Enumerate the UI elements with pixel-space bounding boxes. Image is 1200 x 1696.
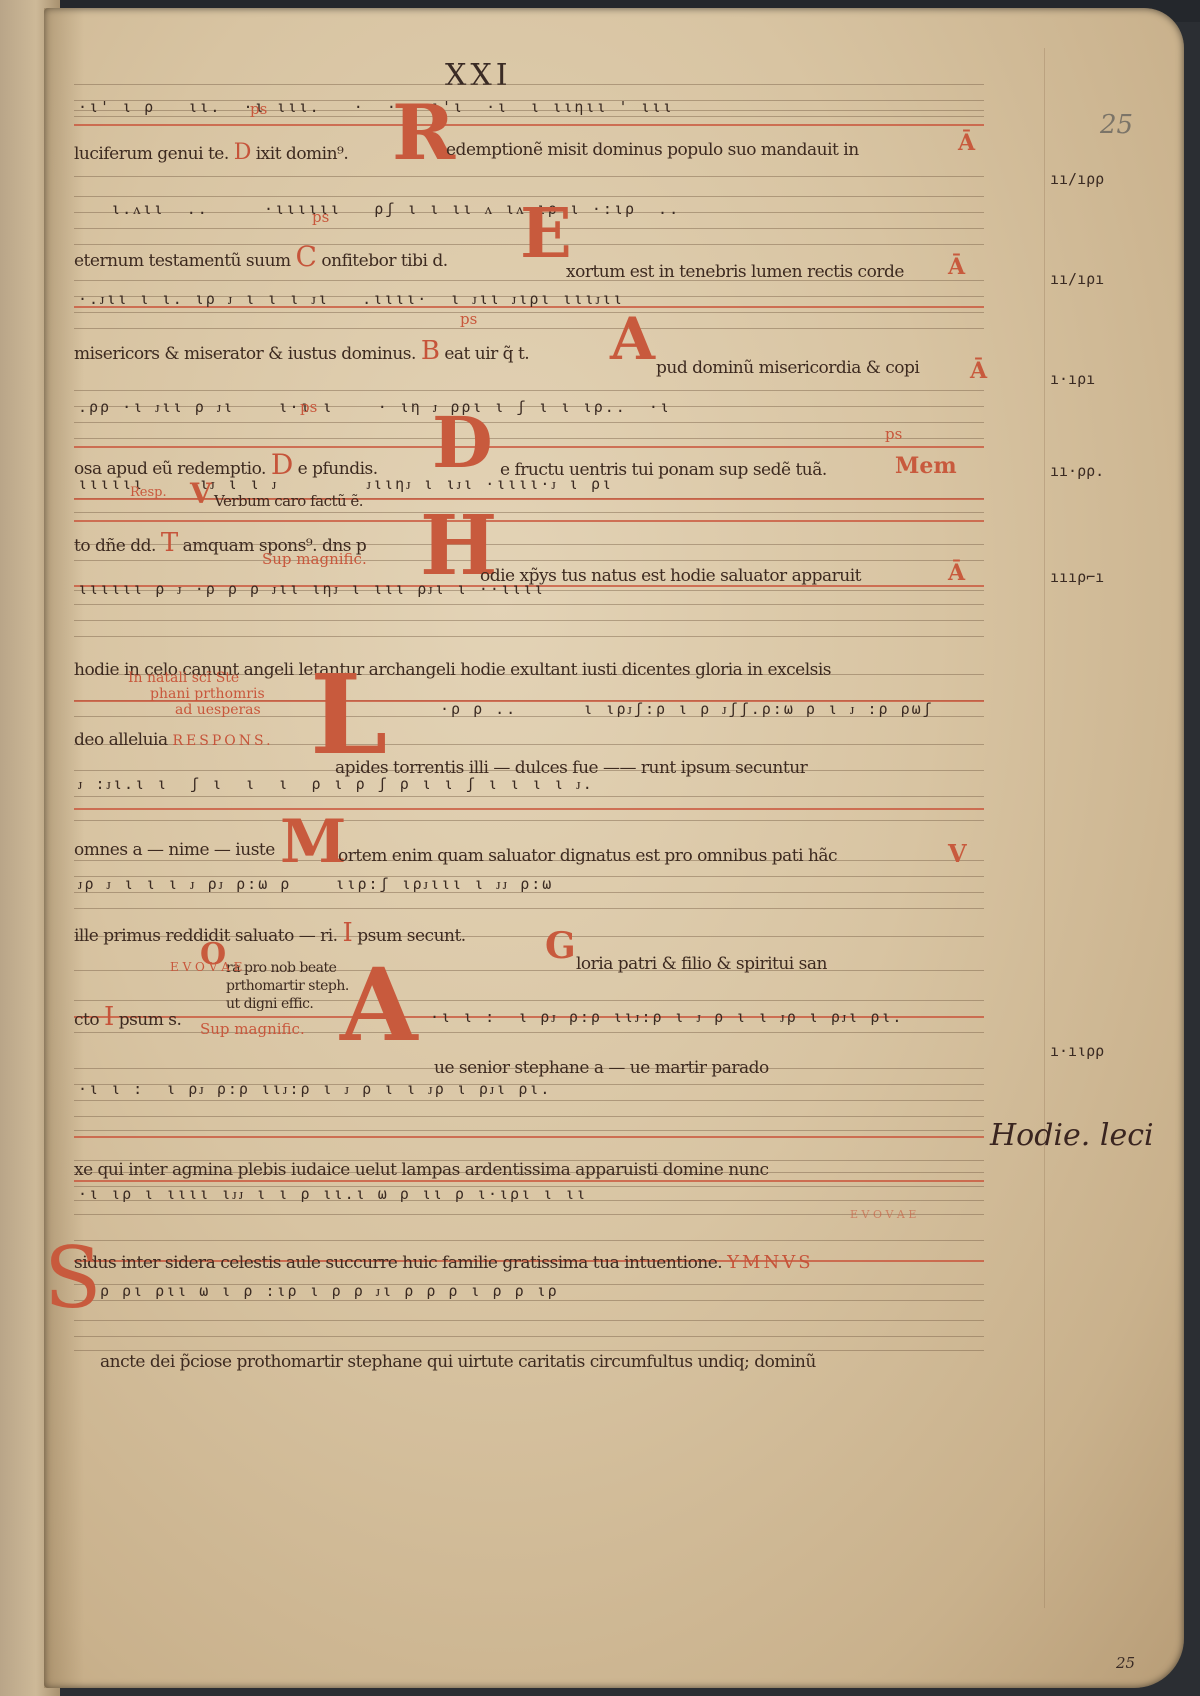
- chant-text: sidus inter sidera celestis aule succurr…: [74, 1253, 722, 1273]
- neume-row: ·ι ι : ι ρᴊ ρ:ρ ιιᴊ:ρ ι ᴊ ρ ι ι ᴊρ ι ρᴊι…: [78, 1080, 551, 1099]
- text-line-2: eternum testamentũ suum C onfitebor tibi…: [74, 240, 448, 273]
- chant-text: ortem enim quam saluator dignatus est pr…: [338, 846, 837, 866]
- staff-line: [74, 1320, 984, 1321]
- chant-text: to dñe dd.: [74, 536, 156, 556]
- rubric-in-natali: In natali scĩ Ste: [128, 670, 239, 686]
- text-line-12: sidus inter sidera celestis aule succurr…: [74, 1252, 814, 1273]
- staff-line: [74, 1350, 984, 1351]
- margin-neumes: ıı/ıρρ: [1050, 170, 1104, 188]
- margin-neumes: ı·ıιρρ: [1050, 1042, 1104, 1060]
- rubric-euouae-faded: E V O V A E: [850, 1208, 916, 1221]
- staff-line: [74, 328, 984, 329]
- illuminated-initial-e: E: [520, 200, 572, 268]
- staff-line: [74, 1000, 984, 1001]
- rubric-verbum: Verbum caro factũ ẽ.: [214, 492, 363, 510]
- rubric-antiphon-mark: Ā: [948, 562, 965, 584]
- chant-text: eternum testamentũ suum: [74, 251, 291, 271]
- staff-line: [74, 636, 984, 637]
- illuminated-initial-m: M: [280, 812, 346, 872]
- rubric-antiphon-mark: Ā: [948, 256, 965, 278]
- rubric-antiphon-mark: Ā: [958, 132, 975, 154]
- staff-line: [74, 438, 984, 439]
- rubric-initial: I: [104, 1002, 114, 1032]
- chant-text: ixit domin⁹.: [256, 144, 349, 164]
- text-line-9: ille primus reddidit saluato — ri. I psu…: [74, 918, 466, 948]
- staff-line: [74, 84, 984, 85]
- margin-neumes: ıııρ⌐ı: [1050, 568, 1104, 586]
- margin-ruling: [1044, 48, 1045, 1608]
- margin-neumes: ıı/ıρı: [1050, 270, 1104, 288]
- neume-row: ρ ρι ριι ω ι ρ :ιρ ι ρ ρ ᴊι ρ ρ ρ ι ρ ρ …: [100, 1282, 559, 1301]
- rubric-ps: ps: [460, 310, 477, 328]
- chant-text: ue senior stephane a — ue martir parado: [434, 1058, 769, 1078]
- chant-text: pud dominũ misericordia & copi: [656, 358, 919, 378]
- rubric-ora-text: ra pro nob beate: [226, 960, 336, 976]
- rubric-responsory: RESPONS.: [173, 733, 274, 749]
- text-line-1: luciferum genui te. D ixit domin⁹.: [74, 140, 348, 165]
- staff-line: [74, 908, 984, 909]
- neume-row: ᴊρ ᴊ ι ι ι ᴊ ρᴊ ρ:ω ρ ιιρ:ʃ ιρᴊιιι ι ᴊᴊ …: [78, 875, 553, 894]
- neume-row: ι.ᴧιι .. ·ιιιιιι ρʃ ι ι ιι ᴧ ιᴧ ιρ ι ·:ι…: [78, 200, 680, 219]
- illuminated-initial-l: L: [310, 660, 387, 770]
- text-line-11: xe qui inter agmina plebis iudaice uelut…: [74, 1160, 769, 1180]
- chant-text: loria patri & filio & spiritui san: [576, 954, 827, 974]
- staff-line: [74, 1336, 984, 1337]
- chant-text: cto: [74, 1010, 99, 1030]
- rubric-phani: phani prthomris: [150, 686, 265, 702]
- folio-number-bottom: 25: [1116, 1654, 1135, 1672]
- rubric-initial: D: [234, 140, 251, 165]
- neume-row: ᴊ :ᴊι.ι ι ʃ ι ι ι ρ ι ρ ʃ ρ ι ι ʃ ι ι ι …: [78, 775, 594, 794]
- staff-line: [74, 620, 984, 621]
- rubric-initial-v: V: [190, 480, 212, 508]
- staff-line: [74, 604, 984, 605]
- rubric-ad-vesperas: ad uesperas: [175, 702, 261, 718]
- margin-neumes: ı·ıρı: [1050, 370, 1095, 388]
- rubric-verse-mark: V: [948, 842, 967, 866]
- illuminated-initial-d: D: [432, 408, 493, 478]
- neume-row: ·ι' ι ρ ιι. ·ι ιιι. · · ι'ι ·ι ι ιιηιι '…: [78, 98, 674, 116]
- illuminated-initial-s: S: [44, 1236, 102, 1320]
- staff-line: [74, 116, 984, 117]
- staff-line: [74, 1240, 984, 1241]
- staff-line: [74, 390, 984, 391]
- neume-row: ιιιιιι ρ ᴊ ·ρ ρ ρ ᴊιι ιηᴊ ι ιιι ρᴊι ι ··…: [78, 580, 545, 599]
- rubric-ut-digni: ut digni effic.: [226, 996, 313, 1012]
- staff-line: [74, 512, 984, 513]
- neume-row: ·ρ ρ .. ι ιρᴊʃ:ρ ι ρ ᴊʃʃ.ρ:ω ρ ι ᴊ :ρ ρω…: [440, 700, 934, 719]
- rubric-sup-magnificat: Sup magnific.: [262, 550, 367, 568]
- rubric-prothomartir: prthomartir steph.: [226, 978, 349, 994]
- text-line-13: ancte dei p̃ciose prothomartir stephane …: [100, 1352, 816, 1372]
- rubric-ps: ps: [312, 208, 329, 226]
- illuminated-initial-g: G: [545, 928, 576, 964]
- staff-line: [74, 1130, 984, 1131]
- chant-text: psum secunt.: [357, 926, 466, 946]
- text-line-8: omnes a — nime — iuste: [74, 840, 275, 860]
- red-f-line: [74, 1180, 984, 1182]
- staff-line: [74, 176, 984, 177]
- rubric-ps: ps: [885, 425, 902, 443]
- text-line-7: deo alleluia RESPONS.: [74, 730, 274, 750]
- staff-line: [74, 1100, 984, 1101]
- staff-line: [74, 560, 984, 561]
- rubric-resp: Resp.: [130, 485, 167, 500]
- rubric-initial-m: Mem: [895, 455, 957, 477]
- illuminated-initial-a: A: [340, 955, 418, 1055]
- red-f-line: [74, 1136, 984, 1138]
- rubric-initial: B: [421, 336, 440, 366]
- staff-line: [74, 820, 984, 821]
- neume-row: ·ι ιρ ι ιιιι ιᴊᴊ ι ι ρ ιι.ι ω ρ ιι ρ ι·ι…: [78, 1185, 587, 1204]
- chant-text: edemptionẽ misit dominus populo suo mand…: [446, 140, 859, 160]
- staff-line: [74, 1116, 984, 1117]
- text-line-10: cto I psum s.: [74, 1002, 181, 1032]
- rubric-antiphon-mark: Ā: [970, 360, 987, 382]
- folio-number-top: 25: [1100, 110, 1133, 140]
- margin-neumes: ıı·ρρ.: [1050, 462, 1104, 480]
- text-line-3: misericors & miserator & iustus dominus.…: [74, 336, 529, 366]
- rubric-initial: C: [296, 240, 317, 273]
- chant-text: misericors & miserator & iustus dominus.: [74, 344, 416, 364]
- rubric-sup-magnificat: Sup magnific.: [200, 1020, 305, 1038]
- rubric-euouae: E V O V A E: [170, 960, 242, 974]
- rubric-hymnus: YMNVS: [727, 1252, 813, 1273]
- chant-text: onfitebor tibi d.: [321, 251, 447, 271]
- chant-text: eat uir q̃ t.: [444, 344, 529, 364]
- chant-text: luciferum genui te.: [74, 144, 229, 164]
- rubric-ps: ps: [250, 100, 267, 118]
- red-f-line: [74, 520, 984, 522]
- rubric-ps: ps: [300, 398, 317, 416]
- margin-note-hodie: Hodie. leci: [990, 1118, 1154, 1153]
- neume-row: ·.ᴊιι ι ι. ιρ ᴊ ι ι ι ᴊι .ιιιι· ι ᴊιι ᴊι…: [78, 290, 624, 309]
- chant-text: psum s.: [119, 1010, 182, 1030]
- illuminated-initial-a: A: [610, 310, 655, 368]
- neume-row: .ρρ ·ι ᴊιι ρ ᴊι ι·ι ι · ιη ᴊ ρρι ι ʃ ι ι…: [78, 398, 671, 417]
- rubric-initial: T: [161, 528, 178, 558]
- chant-text: deo alleluia: [74, 730, 168, 750]
- rubric-initial: I: [343, 918, 353, 948]
- staff-line: [74, 1214, 984, 1215]
- staff-line: [74, 796, 984, 797]
- staff-line: [74, 422, 984, 423]
- chant-text: xortum est in tenebris lumen rectis cord…: [566, 262, 904, 282]
- red-f-line: [74, 124, 984, 126]
- neume-row: ·ι ι : ι ρᴊ ρ:ρ ιιᴊ:ρ ι ᴊ ρ ι ι ᴊρ ι ρᴊι…: [430, 1008, 903, 1027]
- red-f-line: [74, 808, 984, 810]
- staff-line: [74, 312, 984, 313]
